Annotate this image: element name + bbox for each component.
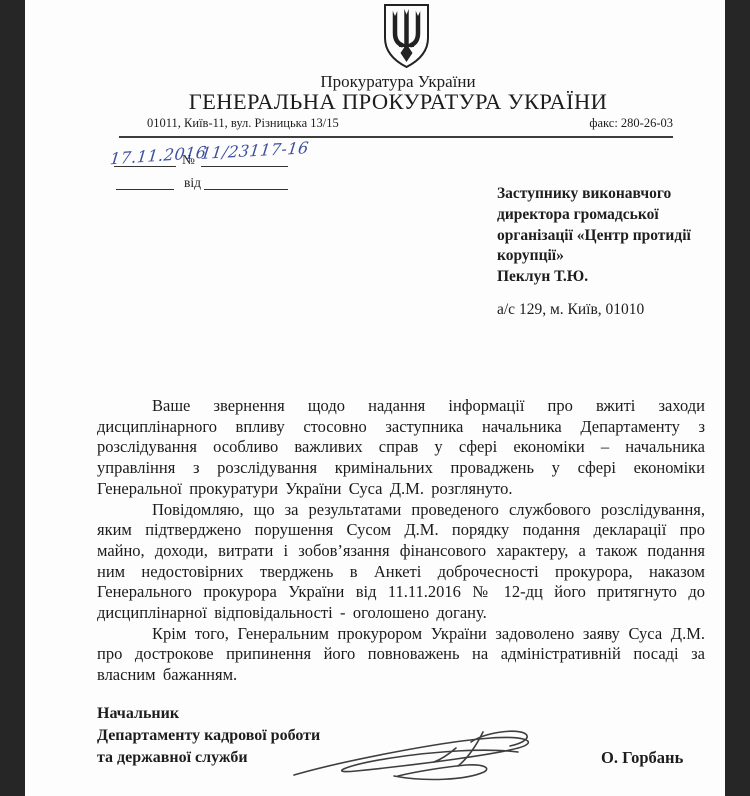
scan-border-left bbox=[0, 0, 25, 796]
recipient-block: Заступнику виконавчого директора громадс… bbox=[497, 184, 722, 288]
org-name-title: ГЕНЕРАЛЬНА ПРОКУРАТУРА УКРАЇНИ bbox=[98, 89, 698, 115]
recipient-line: організації «Центр протидії bbox=[497, 226, 722, 247]
from-underline-right bbox=[204, 189, 288, 190]
scanned-letter-page: Прокуратура України ГЕНЕРАЛЬНА ПРОКУРАТУ… bbox=[0, 0, 750, 796]
number-sign-label: № bbox=[182, 152, 195, 168]
org-address: 01011, Київ-11, вул. Різницька 13/15 bbox=[147, 116, 339, 131]
signer-title-line: Начальник bbox=[97, 703, 320, 725]
recipient-line: Заступнику виконавчого bbox=[497, 184, 722, 205]
recipient-line: корупції» bbox=[497, 246, 722, 267]
body-paragraph: Крім того, Генеральним прокурором Україн… bbox=[97, 624, 705, 686]
ukraine-trident-emblem-icon bbox=[380, 2, 433, 70]
body-paragraph: Ваше звернення щодо надання інформації п… bbox=[97, 396, 705, 500]
scan-border-right bbox=[725, 0, 750, 796]
recipient-name: Пеклун Т.Ю. bbox=[497, 267, 722, 288]
letterhead-contact-row: 01011, Київ-11, вул. Різницька 13/15 фак… bbox=[147, 116, 673, 131]
signer-name: О. Горбань bbox=[601, 748, 683, 768]
org-fax: факс: 280-26-03 bbox=[589, 116, 673, 131]
letter-body: Ваше звернення щодо надання інформації п… bbox=[97, 396, 705, 686]
date-underline bbox=[114, 166, 176, 167]
recipient-line: директора громадської bbox=[497, 205, 722, 226]
body-paragraph: Повідомляю, що за результатами проведено… bbox=[97, 500, 705, 624]
number-underline bbox=[201, 166, 288, 167]
from-label: від bbox=[184, 175, 201, 191]
handwritten-signature-icon bbox=[286, 728, 571, 790]
from-underline-left bbox=[116, 189, 174, 190]
handwritten-ref-number: 11/23117-16 bbox=[200, 138, 310, 163]
letterhead-divider bbox=[119, 136, 673, 138]
recipient-postal-address: а/с 129, м. Київ, 01010 bbox=[497, 301, 644, 319]
